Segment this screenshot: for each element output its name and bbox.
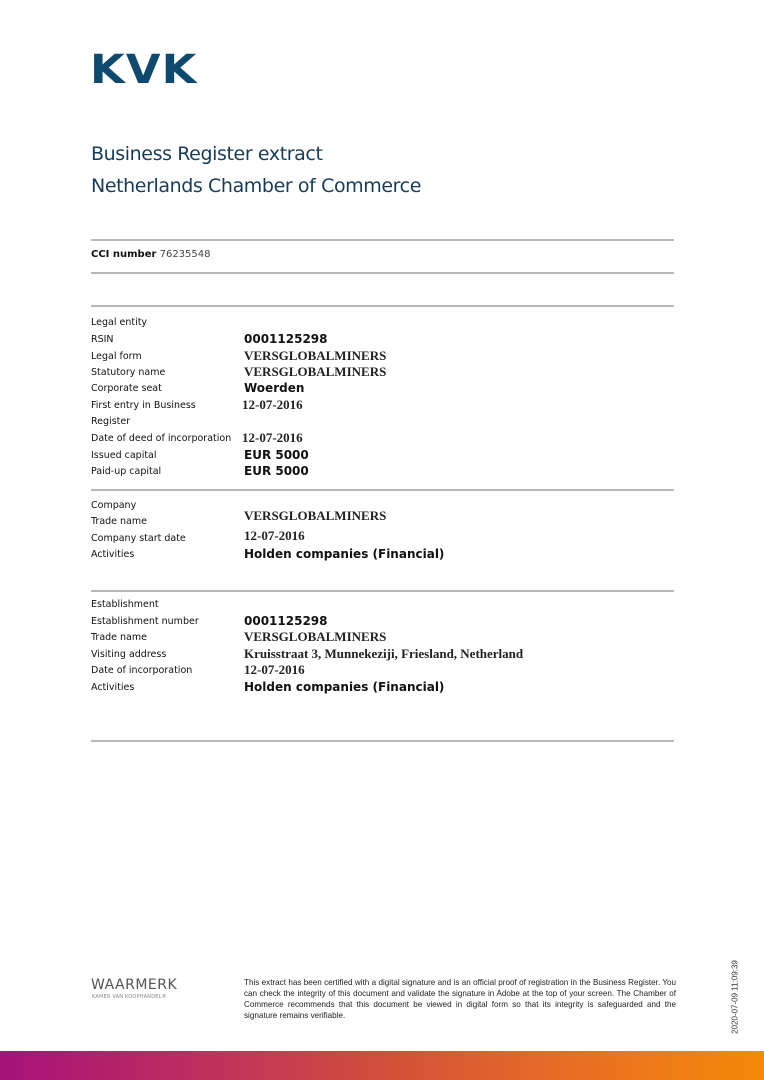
field-label: Establishment number <box>91 616 199 627</box>
certification-note: This extract has been certified with a d… <box>244 977 676 1021</box>
field-value: VERSGLOBALMINERS <box>244 364 386 380</box>
field-value: VERSGLOBALMINERS <box>244 508 386 524</box>
field-label: Trade name <box>91 516 147 527</box>
field-row-activities: Activities Holden companies (Financial) <box>91 682 681 698</box>
field-row-trade-name: Trade name VERSGLOBALMINERS <box>91 516 681 532</box>
document-subtitle: Netherlands Chamber of Commerce <box>91 177 421 196</box>
field-value: 12-07-2016 <box>244 528 305 544</box>
field-value: 12-07-2016 <box>244 662 305 678</box>
cci-number: CCI number 76235548 <box>91 249 211 260</box>
field-value: VERSGLOBALMINERS <box>244 629 386 645</box>
field-row-deed-date: Date of deed of incorporation 12-07-2016 <box>91 433 681 449</box>
divider <box>91 590 674 592</box>
field-row-date-of-incorporation: Date of incorporation 12-07-2016 <box>91 665 681 681</box>
field-label: First entry in Business <box>91 400 196 411</box>
field-value: VERSGLOBALMINERS <box>244 348 386 364</box>
brand-gradient-bar <box>0 1051 764 1080</box>
section-heading: Legal entity <box>91 317 681 333</box>
field-value: Holden companies (Financial) <box>244 547 444 561</box>
field-label: Visiting address <box>91 649 166 660</box>
cci-number-value: 76235548 <box>160 249 211 260</box>
section-label: Legal entity <box>91 317 147 328</box>
field-value: EUR 5000 <box>244 464 309 478</box>
field-label: Date of deed of incorporation <box>91 433 231 444</box>
field-label: Statutory name <box>91 367 165 378</box>
document-title: Business Register extract <box>91 145 323 164</box>
section-label: Establishment <box>91 599 159 610</box>
kvk-logo: KVK <box>90 50 197 90</box>
field-row-issued-capital: Issued capital EUR 5000 <box>91 450 681 466</box>
field-label: Register <box>91 416 130 427</box>
cci-number-label: CCI number <box>91 249 156 260</box>
field-row-paid-up-capital: Paid-up capital EUR 5000 <box>91 466 681 482</box>
divider <box>91 740 674 742</box>
waarmerk-logo: WAARMERK <box>91 977 177 993</box>
field-value: 12-07-2016 <box>242 397 303 413</box>
field-row-visiting-address: Visiting address Kruisstraat 3, Munnekez… <box>91 649 681 665</box>
field-row-corporate-seat: Corporate seat Woerden <box>91 383 681 399</box>
field-label: Activities <box>91 549 134 560</box>
field-label: Trade name <box>91 632 147 643</box>
field-value: EUR 5000 <box>244 448 309 462</box>
field-value: Holden companies (Financial) <box>244 680 444 694</box>
section-heading: Establishment <box>91 599 681 615</box>
field-label: Activities <box>91 682 134 693</box>
field-label: Company start date <box>91 533 186 544</box>
divider <box>91 489 674 491</box>
field-row-register: Register <box>91 416 681 432</box>
field-label: RSIN <box>91 334 114 345</box>
field-label: Corporate seat <box>91 383 162 394</box>
field-label: Legal form <box>91 351 142 362</box>
field-value: 12-07-2016 <box>242 430 303 446</box>
generated-timestamp: 2020-07-09 11:09:39 <box>731 960 740 1034</box>
field-value: Woerden <box>244 381 304 395</box>
field-label: Paid-up capital <box>91 466 161 477</box>
section-label: Company <box>91 500 136 511</box>
field-row-statutory-name: Statutory name VERSGLOBALMINERS <box>91 367 681 383</box>
divider <box>91 239 674 241</box>
divider <box>91 305 674 307</box>
field-value: Kruisstraat 3, Munnekeziji, Friesland, N… <box>244 646 523 662</box>
field-value: 0001125298 <box>244 332 328 346</box>
field-label: Date of incorporation <box>91 665 192 676</box>
field-value: 0001125298 <box>244 614 328 628</box>
divider <box>91 272 674 274</box>
waarmerk-subtitle: KAMER VAN KOOPHANDEL® <box>92 994 167 1000</box>
field-label: Issued capital <box>91 450 157 461</box>
field-row-activities: Activities Holden companies (Financial) <box>91 549 681 565</box>
field-row-first-entry: First entry in Business 12-07-2016 <box>91 400 681 416</box>
